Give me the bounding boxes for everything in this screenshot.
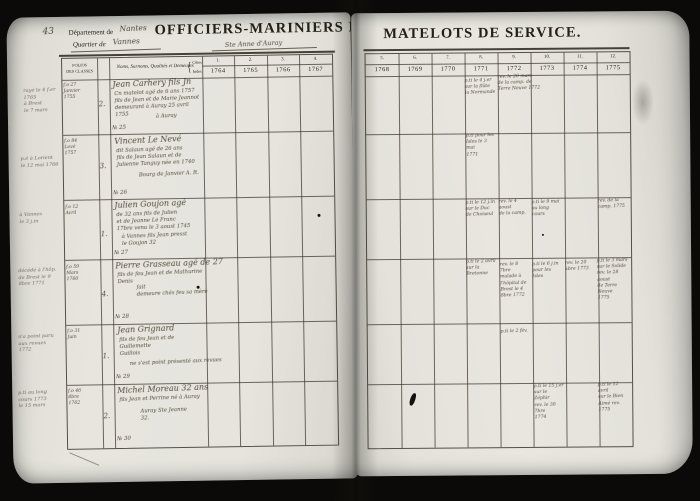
entry-place-handwriting: fait demeure chés feu sa mère <box>136 281 217 298</box>
year-ordinal: 6. <box>399 56 432 61</box>
entry-number-handwriting: № 25 <box>112 125 126 133</box>
entry-detail-handwriting: fils Jean et Perrine né à Auray <box>119 393 207 404</box>
year-header: 1765 <box>234 67 267 75</box>
cell-note-handwriting: p.ti le 3 mars sur le Solide rev. le 28 … <box>597 258 629 302</box>
margin-note-handwriting: rayé le 4 f.er 1765 à Brest le 7 mars <box>23 86 68 114</box>
year-ordinal: 3. <box>267 57 299 63</box>
cell-note-handwriting: p.ti le 2 fév. <box>501 329 531 336</box>
cell-note-handwriting: rev. le 8 7bre malade à l'hôpital de Bre… <box>500 262 531 300</box>
cell-note-handwriting: p.ti le 12 j.in sur le Duc de Choiseul <box>465 200 497 220</box>
folio-cell-handwriting: f.o 27 Janvier 1755 <box>63 82 96 102</box>
margin-note-handwriting: à Vannes le 3 j.in <box>19 210 66 225</box>
folio-cell-handwriting: f.o 46 8bre 1762 <box>68 388 101 408</box>
names-column-header: Noms, Surnoms, Qualités et Demeures <box>112 64 198 70</box>
entry-place-handwriting: ne s'est point présenté aux revues <box>130 357 222 368</box>
row-count-handwriting: 2. <box>103 412 110 421</box>
folios-header-line2: DES CLASSES <box>63 68 96 74</box>
cell-note-handwriting: rev. le 20 mars de la camp. de Terre Neu… <box>497 73 556 94</box>
departement-label: Département de <box>69 28 114 37</box>
year-ordinal: 12. <box>597 54 630 59</box>
quartier-underline <box>71 49 161 53</box>
folio-cell-handwriting: f.o 59 Mars 1760 <box>66 264 99 284</box>
name-handwriting: Julien Goujon agé <box>114 198 186 211</box>
year-ordinal: 11. <box>564 54 597 59</box>
quartier-value-handwriting: Vannes <box>113 36 141 47</box>
brace-glyph: { <box>187 59 191 75</box>
year-header: 1771 <box>465 65 498 72</box>
left-page: 43 Département de Nantes Quartier de Van… <box>6 12 357 483</box>
entry-place-handwriting: Bourg de Janvier A. R. <box>139 170 199 179</box>
book-gutter-shadow <box>332 0 378 501</box>
cell-note-handwriting: p.ti le 2 avril sur la Bretonne <box>466 259 498 279</box>
cell-note-handwriting: rev. le 20 xbre 1773 <box>565 260 595 273</box>
left-page-title: OFFICIERS-MARINIERS ET <box>154 19 370 39</box>
ink-dot <box>197 286 200 289</box>
name-handwriting: Jean Grignard <box>117 323 175 336</box>
year-header: 1773 <box>531 65 564 72</box>
margin-note-handwriting: p.ti au long cours 1773 le 15 mars <box>18 388 65 409</box>
margin-note-handwriting: n'a point paru aux revues 1772 <box>18 332 65 353</box>
row-count-handwriting: 2. <box>99 100 106 109</box>
row-count-handwriting: 4. <box>102 290 109 299</box>
year-ordinal: 8. <box>465 55 498 60</box>
folio-cell-handwriting: f.o 12 Avril <box>65 204 97 218</box>
entry-detail-handwriting: fils de feu Jean et de Guillemette Guill… <box>119 333 208 357</box>
year-ordinal: 7. <box>432 55 465 60</box>
folios-header-line1: FOLIOS <box>63 62 96 68</box>
year-header: 1769 <box>399 66 432 73</box>
cell-note-handwriting: p.ti le 6 j.in pour les Isles <box>532 261 564 281</box>
cell-note-handwriting: p.ti le 4 j.er sur la flûte la Normande <box>464 78 496 98</box>
right-page: MATELOTS DE SERVICE. 5. 6. 7. 8. 9. 10. … <box>351 11 693 477</box>
quartier-label: Quartier de <box>73 40 106 49</box>
year-ordinal: 2. <box>234 58 267 64</box>
entry-detail-handwriting: dit Salaun agé de 26 ans fils de Jean Sa… <box>116 145 203 169</box>
entry-place-handwriting: à Auray <box>156 113 177 121</box>
entry-number-handwriting: № 27 <box>114 250 128 258</box>
title-annotation-handwriting: Ste Anne d'Auray <box>225 39 283 50</box>
entry-detail-handwriting: fils de feu Jean et de Mathurine Denis <box>117 268 205 285</box>
scan-smudge <box>632 79 654 125</box>
entry-detail-handwriting: de 32 ans fils de Julien et de Jeanne Le… <box>116 209 203 233</box>
cell-note-handwriting: p.ti le 15 j.er sur le Zéphir rev. le 30… <box>534 383 565 421</box>
ink-dot <box>317 214 320 217</box>
name-handwriting: Jean Carhery fils Jn <box>112 77 191 91</box>
folio-cell-handwriting: f.o 31 Juin <box>67 328 99 342</box>
name-handwriting: Vincent Le Nevé <box>114 134 181 147</box>
year-ordinal: 5. <box>366 56 399 61</box>
row-count-handwriting: 1. <box>103 352 110 361</box>
header-rule <box>363 47 629 51</box>
year-ordinal: 10. <box>531 55 564 60</box>
margin-note-handwriting: p.é à Lorient le 12 mai 1766 <box>20 154 67 169</box>
year-ordinal: 9. <box>498 55 531 60</box>
margin-note-handwriting: décédé à l'hôp. de Brest le 9 8bre 1771 <box>18 266 65 287</box>
cell-note-handwriting: p.ti pour les Isles le 3 mai 1771 <box>466 133 497 159</box>
header-rule <box>59 51 335 57</box>
year-header: 1775 <box>597 64 630 71</box>
year-ordinal: 1. <box>202 58 234 64</box>
year-header: 1770 <box>432 65 465 72</box>
cell-note-handwriting: rev. le 4 aoust de la camp. <box>498 199 530 219</box>
year-header: 1772 <box>498 65 531 72</box>
right-page-title: MATELOTS DE SERVICE. <box>383 25 581 44</box>
year-header: 1764 <box>202 67 234 75</box>
entry-place-handwriting: à Vannes fils Jean presst le Goujon 32 <box>122 231 207 248</box>
ink-blot <box>409 392 417 406</box>
entry-number-handwriting: № 28 <box>115 314 129 322</box>
title-annotation-underline <box>212 47 317 51</box>
right-table: 5. 6. 7. 8. 9. 10. 11. 12. 1768 1769 177… <box>365 51 634 449</box>
name-handwriting: Pierre Grasseau agé de 27 <box>115 257 223 272</box>
row-count-handwriting: 3. <box>100 162 107 171</box>
cell-note-handwriting: rev. de la camp. 1775 <box>597 198 627 211</box>
year-header: 1766 <box>267 66 299 74</box>
cell-note-handwriting: p.ti le 12 avril sur le Bien Aimé rev. 1… <box>598 382 630 414</box>
entry-number-handwriting: № 30 <box>117 436 131 444</box>
year-ordinal: 4. <box>299 57 332 63</box>
year-header: 1767 <box>299 66 332 74</box>
name-handwriting: Michel Moreau 32 ans <box>117 382 208 396</box>
page-number-handwriting: 43 <box>42 27 54 39</box>
entry-number-handwriting: № 29 <box>116 374 130 382</box>
cell-note-handwriting: p.ti le 9 mai au long cours <box>531 199 563 219</box>
year-header: 1774 <box>564 64 597 71</box>
row-count-handwriting: 1. <box>101 230 108 239</box>
year-header: 1768 <box>366 66 399 73</box>
entry-place-handwriting: Auray Ste Jeanne 32. <box>140 406 211 423</box>
left-table: FOLIOS DES CLASSES Noms, Surnoms, Qualit… <box>61 54 339 450</box>
brace-cotes-label: Côtes <box>190 60 204 65</box>
pencil-stroke <box>69 452 99 465</box>
brace-indes-label: Indes <box>190 69 204 74</box>
ink-dot <box>542 234 544 236</box>
entry-detail-handwriting: Cn matelot agé de 6 ans 1757 fils de Jea… <box>114 88 201 119</box>
scanned-register-photo: { "left": { "page_number": "43", "dept_l… <box>0 0 700 501</box>
entry-number-handwriting: № 26 <box>113 190 127 198</box>
departement-value-handwriting: Nantes <box>119 23 147 34</box>
folio-cell-handwriting: f.o 84 Levé 1757 <box>64 138 97 158</box>
